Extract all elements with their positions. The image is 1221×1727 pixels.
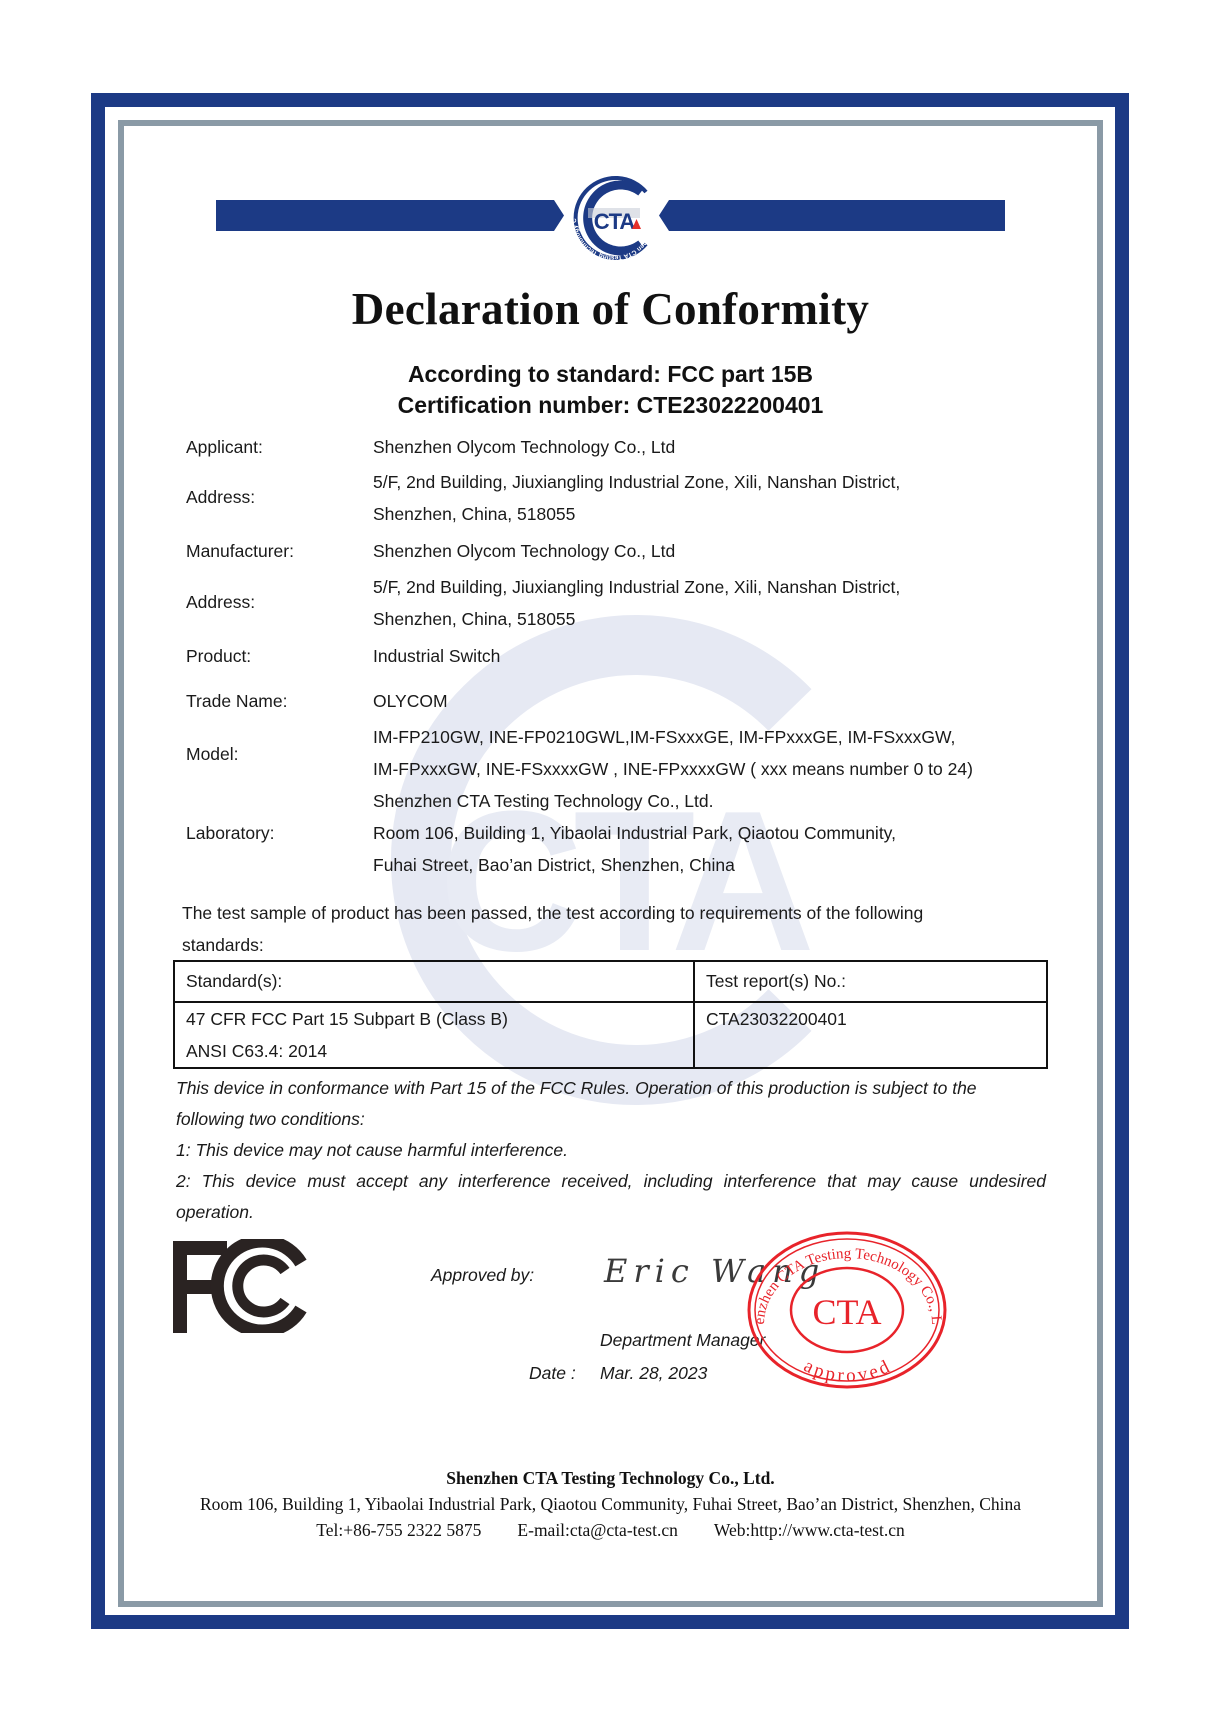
applicant-address-label: Address: [186,487,255,508]
standard-line: According to standard: FCC part 15B [0,361,1221,388]
manufacturer-address-line-1: 5/F, 2nd Building, Jiuxiangling Industri… [373,577,900,598]
product-value: Industrial Switch [373,646,500,667]
approval-date: Mar. 28, 2023 [600,1363,707,1384]
fcc-logo-icon [173,1239,307,1333]
approver-role: Department Manager [600,1330,765,1351]
passed-statement-line-2: standards: [182,935,264,956]
manufacturer-address-label: Address: [186,592,255,613]
standards-header: Standard(s): [174,961,694,1002]
model-label: Model: [186,744,239,765]
svg-text:CTA: CTA [812,1292,881,1332]
footer-web[interactable]: Web:http://www.cta-test.cn [714,1520,905,1541]
approved-stamp-icon: Shenzhen CTA Testing Technology Co., Ltd… [742,1228,952,1393]
certification-number: Certification number: CTE23022200401 [0,392,1221,419]
footer-address: Room 106, Building 1, Yibaolai Industria… [0,1494,1221,1515]
condition-2: 2: This device must accept any interfere… [176,1171,1046,1192]
fcc-notice-line-1: This device in conformance with Part 15 … [176,1078,977,1099]
table-row: 47 CFR FCC Part 15 Subpart B (Class B) A… [174,1002,1047,1068]
model-line-1: IM-FP210GW, INE-FP0210GWL,IM-FSxxxGE, IM… [373,727,955,748]
svg-text:CTA: CTA [594,209,636,234]
footer-tel: Tel:+86-755 2322 5875 [316,1520,481,1541]
laboratory-line-2: Room 106, Building 1, Yibaolai Industria… [373,823,896,844]
header-band-left [216,200,564,231]
manufacturer-label: Manufacturer: [186,541,294,562]
trade-name-label: Trade Name: [186,691,287,712]
applicant-label: Applicant: [186,437,263,458]
laboratory-line-3: Fuhai Street, Bao’an District, Shenzhen,… [373,855,735,876]
table-header-row: Standard(s): Test report(s) No.: [174,961,1047,1002]
standard-item: ANSI C63.4: 2014 [186,1035,682,1067]
trade-name-value: OLYCOM [373,691,448,712]
standard-item: 47 CFR FCC Part 15 Subpart B (Class B) [186,1003,682,1035]
report-header: Test report(s) No.: [694,961,1047,1002]
model-line-2: IM-FPxxxGW, INE-FSxxxxGW , INE-FPxxxxGW … [373,759,973,780]
manufacturer-value: Shenzhen Olycom Technology Co., Ltd [373,541,675,562]
condition-2-continued: operation. [176,1202,254,1223]
laboratory-line-1: Shenzhen CTA Testing Technology Co., Ltd… [373,791,714,812]
standards-cell: 47 CFR FCC Part 15 Subpart B (Class B) A… [174,1002,694,1068]
applicant-address-line-2: Shenzhen, China, 518055 [373,504,575,525]
passed-statement-line-1: The test sample of product has been pass… [182,903,923,924]
header-band-right [659,200,1005,231]
fcc-notice-line-2: following two conditions: [176,1109,365,1130]
condition-1: 1: This device may not cause harmful int… [176,1140,568,1161]
footer-company: Shenzhen CTA Testing Technology Co., Ltd… [0,1468,1221,1489]
standards-table: Standard(s): Test report(s) No.: 47 CFR … [173,960,1048,1069]
laboratory-label: Laboratory: [186,823,275,844]
footer-email[interactable]: E-mail:cta@cta-test.cn [517,1520,677,1541]
footer-contacts: Tel:+86-755 2322 5875 E-mail:cta@cta-tes… [0,1520,1221,1541]
report-number-cell: CTA23032200401 [694,1002,1047,1068]
applicant-address-line-1: 5/F, 2nd Building, Jiuxiangling Industri… [373,472,900,493]
document-title: Declaration of Conformity [0,283,1221,335]
manufacturer-address-line-2: Shenzhen, China, 518055 [373,609,575,630]
approved-by-label: Approved by: [431,1265,534,1286]
applicant-value: Shenzhen Olycom Technology Co., Ltd [373,437,675,458]
date-label: Date : [529,1363,576,1384]
cta-logo-icon: Shenzhen CTA Testing Technology Co., Ltd… [566,170,662,266]
product-label: Product: [186,646,251,667]
